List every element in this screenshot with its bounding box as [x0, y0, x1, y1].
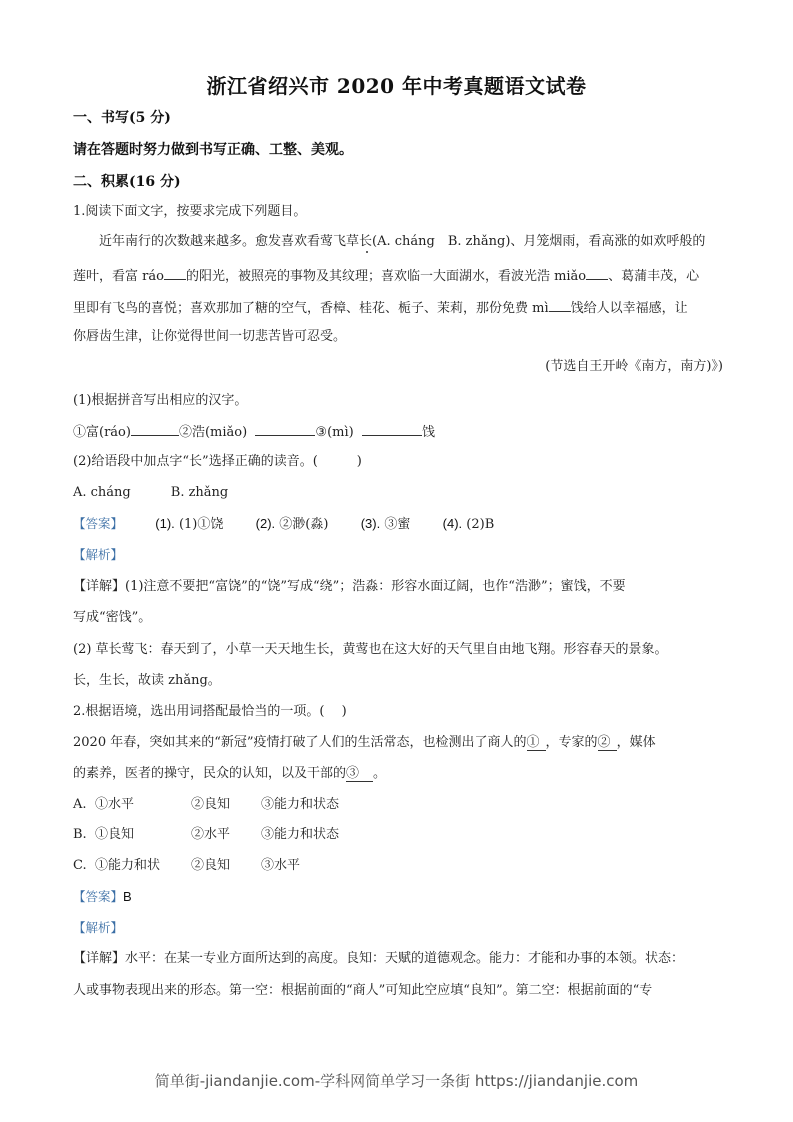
answer-part-number: (4). [443, 516, 463, 531]
passage-text: (A. cháng B. zhǎng)、月笼烟雨，看高涨的如欢呼般的 [372, 234, 705, 249]
question-2-passage-line-2: 的素养，医者的操守，民众的认知，以及干部的③。 [73, 764, 723, 784]
passage-text: 的阳光，被照亮的事物及其纹理；喜欢临一大面湖水，看波光浩 miǎo [186, 269, 586, 284]
document-title: 浙江省绍兴市 2020 年中考真题语文试卷 [0, 70, 793, 99]
option-choice: ②良知 [191, 795, 261, 815]
option-row-c: C.①能力和状②良知③水平 [73, 856, 723, 876]
sub-question-2-options: A. chángB. zhǎng [73, 483, 723, 503]
option-choice: ②水平 [191, 825, 261, 845]
section-heading-writing: 一、书写(5 分) [73, 108, 723, 128]
detail-tag: 【详解】 [73, 951, 125, 966]
question-1-detail-line-1: 【详解】(1)注意不要把“富饶”的“饶”写成“绕”；浩淼：形容水面辽阔，也作“浩… [73, 577, 723, 597]
answer-part-text: (1)①饶 [179, 517, 223, 532]
passage-line-3: 里即有飞鸟的喜悦；喜欢那加了糖的空气，香樟、桂花、栀子、茉莉，那份免费 mì饯给… [73, 297, 723, 319]
section-heading-accumulation: 二、积累(16 分) [73, 172, 723, 192]
exam-page: 浙江省绍兴市 2020 年中考真题语文试卷 一、书写(5 分) 请在答题时努力做… [0, 0, 793, 1122]
passage-line-2: 莲叶，看富 ráo的阳光，被照亮的事物及其纹理；喜欢临一大面湖水，看波光浩 mi… [73, 265, 723, 287]
question-1-prompt: 1.阅读下面文字，按要求完成下列题目。 [73, 202, 723, 222]
fill-blank [549, 297, 571, 312]
pinyin-item-3-tail: 饯 [422, 425, 435, 440]
option-choice: ①水平 [95, 795, 191, 815]
answer-tag: 【答案】 [73, 516, 123, 531]
analysis-tag: 【解析】 [73, 920, 123, 935]
sub-question-1-items: ①富(ráo)②浩(miǎo) ③(mì) 饯 [73, 421, 723, 443]
passage-source: (节选自王开岭《南方，南方)》) [73, 357, 723, 377]
writing-instruction: 请在答题时努力做到书写正确、工整、美观。 [73, 140, 723, 160]
question-1-detail-line-2: 写成“密饯”。 [73, 608, 723, 628]
blank-1: ① [527, 735, 546, 751]
passage-text: 2020 年春，突如其来的“新冠”疫情打破了人们的生活常态，也检测出了商人的 [73, 735, 527, 750]
question-2-detail-line-2: 人或事物表现出来的形态。第一空：根据前面的“商人”可知此空应填“良知”。第二空：… [73, 981, 723, 1001]
option-a: A. cháng [73, 485, 131, 500]
detail-text: (1)注意不要把“富饶”的“饶”写成“绕”；浩淼：形容水面辽阔，也作“浩渺”；蜜… [125, 579, 626, 594]
sub-question-2-prompt: (2)给语段中加点字“长”选择正确的读音。( ) [73, 452, 723, 472]
question-2-answer: 【答案】B [73, 887, 723, 908]
option-row-a: A.①水平②良知③能力和状态 [73, 795, 723, 815]
analysis-tag: 【解析】 [73, 547, 123, 562]
answer-value: B [123, 889, 132, 904]
question-2-detail-line-1: 【详解】水平：在某一专业方面所达到的高度。良知：天赋的道德观念。能力：才能和办事… [73, 949, 723, 969]
answer-blank-3 [362, 421, 422, 436]
pinyin-item-2: ②浩(miǎo) [179, 425, 247, 440]
option-label: C. [73, 856, 95, 876]
question-2-analysis-tag: 【解析】 [73, 918, 723, 939]
answer-part-number: (1). [155, 516, 175, 531]
option-b: B. zhǎng [171, 485, 228, 500]
pinyin-item-1: ①富(ráo) [73, 425, 131, 440]
fill-blank [164, 265, 186, 280]
question-2-prompt: 2.根据语境，选出用词搭配最恰当的一项。( ) [73, 702, 723, 722]
question-1-detail-line-3: (2) 草长莺飞：春天到了，小草一天天地生长，黄莺也在这大好的天气里自由地飞翔。… [73, 640, 723, 660]
answer-part-text: (2)B [466, 517, 494, 532]
option-row-b: B.①良知②水平③能力和状态 [73, 825, 723, 845]
watermark-footer: 简单街-jiandanjie.com-学科网简单学习一条街 https://ji… [0, 1070, 793, 1091]
passage-text: 莲叶，看富 ráo [73, 269, 164, 284]
answer-part-number: (2). [256, 516, 276, 531]
question-1-analysis-tag: 【解析】 [73, 545, 723, 566]
option-label: A. [73, 795, 95, 815]
option-choice: ③能力和状态 [261, 827, 339, 842]
fill-blank [586, 265, 608, 280]
dotted-character: 长 [359, 234, 372, 249]
answer-blank-1 [131, 421, 179, 436]
passage-text: 。 [373, 766, 386, 781]
sub-question-1-prompt: (1)根据拼音写出相应的汉字。 [73, 391, 723, 411]
option-choice: ①能力和状 [95, 856, 191, 876]
option-choice: ①良知 [95, 825, 191, 845]
answer-part-text: ②渺(淼) [279, 517, 328, 532]
option-choice: ②良知 [191, 856, 261, 876]
question-1-detail-line-4: 长，生长，故读 zhǎng。 [73, 671, 723, 691]
passage-text: 的素养，医者的操守，民众的认知，以及干部的 [73, 766, 346, 781]
passage-line-4: 你唇齿生津，让你觉得世间一切悲苦皆可忍受。 [73, 327, 723, 347]
blank-3: ③ [346, 766, 373, 782]
passage-text: 近年南行的次数越来越多。愈发喜欢看莺飞草 [99, 234, 359, 249]
answer-tag: 【答案】 [73, 889, 123, 904]
option-label: B. [73, 825, 95, 845]
detail-text: 水平：在某一专业方面所达到的高度。良知：天赋的道德观念。能力：才能和办事的本领。… [125, 951, 684, 966]
passage-text: ，媒体 [617, 735, 656, 750]
option-choice: ③能力和状态 [261, 797, 339, 812]
passage-text: ，专家的 [546, 735, 598, 750]
answer-part-text: ③蜜 [384, 517, 410, 532]
question-1-answer: 【答案】 (1). (1)①饶 (2). ②渺(淼) (3). ③蜜 (4). … [73, 514, 723, 535]
passage-text: 饯给人以幸福感，让 [571, 301, 688, 316]
question-2-passage-line-1: 2020 年春，突如其来的“新冠”疫情打破了人们的生活常态，也检测出了商人的①，… [73, 733, 723, 753]
pinyin-item-3: ③(mì) [315, 425, 353, 440]
blank-2: ② [598, 735, 617, 751]
passage-text: 、葛蒲丰茂，心 [608, 269, 699, 284]
option-choice: ③水平 [261, 858, 300, 873]
answer-part-number: (3). [361, 516, 381, 531]
passage-text: 里即有飞鸟的喜悦；喜欢那加了糖的空气，香樟、桂花、栀子、茉莉，那份免费 mì [73, 301, 549, 316]
answer-blank-2 [255, 421, 315, 436]
detail-tag: 【详解】 [73, 579, 125, 594]
passage-line-1: 近年南行的次数越来越多。愈发喜欢看莺飞草长(A. cháng B. zhǎng)… [73, 232, 723, 252]
